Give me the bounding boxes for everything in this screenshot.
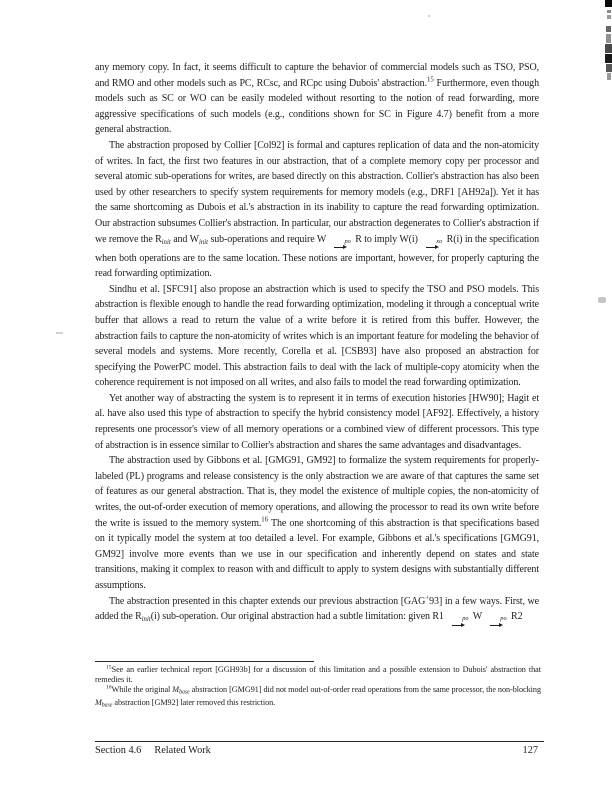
- footnote: 16While the original Mbase abstraction […: [95, 685, 541, 712]
- scan-artifact: [605, 0, 612, 7]
- section-number: Section 4.6: [95, 745, 141, 757]
- paragraph: The abstraction used by Gibbons et al. […: [95, 453, 539, 593]
- scan-artifact: [605, 44, 612, 53]
- scan-artifact: [605, 54, 612, 63]
- scan-artifact: [606, 64, 612, 72]
- scan-artifact: [607, 73, 611, 80]
- scan-artifact: [598, 297, 606, 303]
- scan-artifact: [606, 34, 611, 43]
- scan-artifact: [607, 10, 611, 13]
- footnote: 15See an earlier technical report [GGH93…: [95, 665, 541, 685]
- paragraph: any memory copy. In fact, it seems diffi…: [95, 60, 539, 138]
- section-title: Related Work: [154, 745, 210, 757]
- page-footer: Section 4.6 Related Work 127: [95, 745, 538, 757]
- footnotes: 15See an earlier technical report [GGH93…: [95, 665, 541, 712]
- scanned-paper-page: any memory copy. In fact, it seems diffi…: [0, 0, 612, 791]
- footer-rule: [95, 741, 544, 742]
- body-text: any memory copy. In fact, it seems diffi…: [95, 60, 539, 660]
- scan-artifact: [56, 332, 63, 334]
- paragraph: The abstraction proposed by Collier [Col…: [95, 138, 539, 282]
- scan-artifact: [428, 15, 430, 17]
- page-number: 127: [523, 745, 538, 757]
- footnote-separator-rule: [95, 661, 314, 662]
- scan-artifact: [607, 15, 611, 19]
- paragraph: Yet another way of abstracting the syste…: [95, 391, 539, 453]
- paragraph: Sindhu et al. [SFC91] also propose an ab…: [95, 282, 539, 391]
- running-head: Section 4.6 Related Work: [95, 745, 211, 757]
- paragraph: The abstraction presented in this chapte…: [95, 594, 539, 629]
- scan-artifact: [606, 26, 611, 32]
